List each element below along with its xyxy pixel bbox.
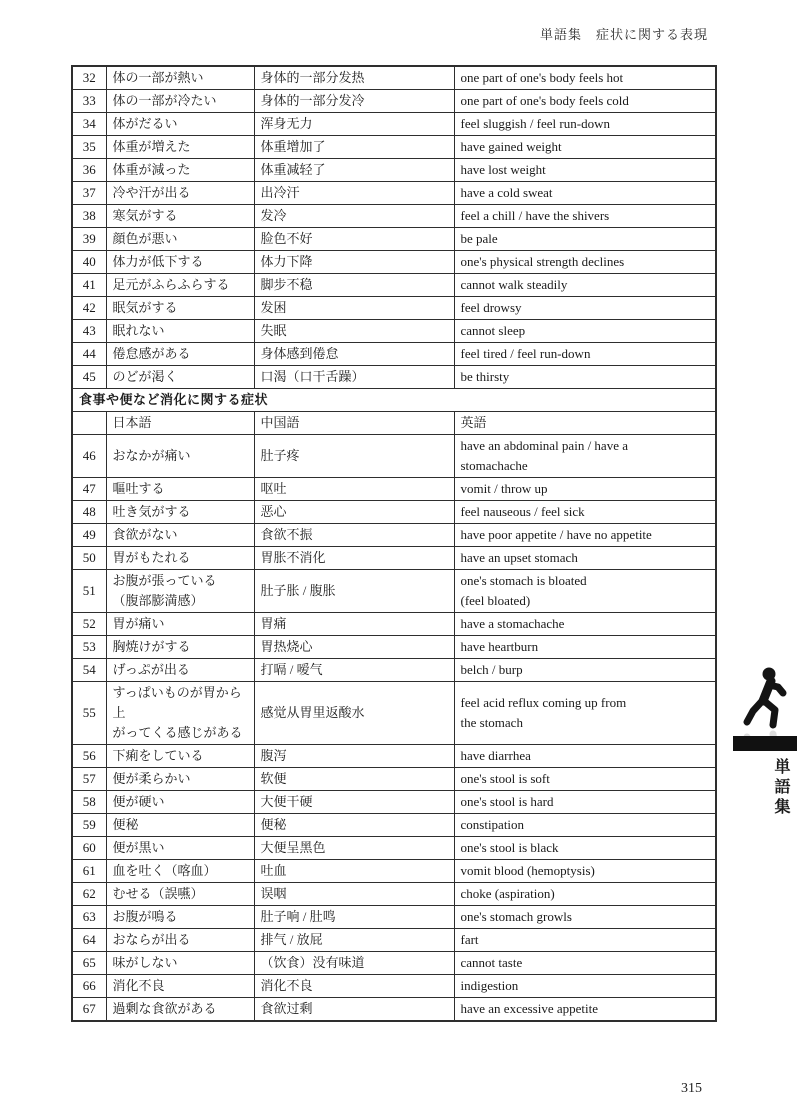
column-header-row: 日本語 中国語 英語 [72, 412, 716, 435]
cell-en: one's stool is black [454, 837, 716, 860]
cell-zh: 食欲过剩 [254, 998, 454, 1022]
cell-zh: 浑身无力 [254, 113, 454, 136]
table-row: 54げっぷが出る打嗝 / 嗳气belch / burp [72, 659, 716, 682]
cell-en: one's stool is hard [454, 791, 716, 814]
cell-num: 45 [72, 366, 106, 389]
cell-ja: お腹が張っている （腹部膨満感） [106, 570, 254, 613]
table-row: 50胃がもたれる胃胀不消化have an upset stomach [72, 547, 716, 570]
cell-num: 36 [72, 159, 106, 182]
cell-zh: 恶心 [254, 501, 454, 524]
table-row: 41足元がふらふらする脚步不稳cannot walk steadily [72, 274, 716, 297]
table-section-2: 46おなかが痛い肚子疼have an abdominal pain / have… [72, 435, 716, 1022]
column-header-blank [72, 412, 106, 435]
cell-num: 66 [72, 975, 106, 998]
cell-zh: 发困 [254, 297, 454, 320]
table-row: 53胸焼けがする胃热烧心have heartburn [72, 636, 716, 659]
table-row: 43眠れない失眠cannot sleep [72, 320, 716, 343]
cell-ja: 消化不良 [106, 975, 254, 998]
cell-ja: すっぱいものが胃から上 がってくる感じがある [106, 682, 254, 745]
cell-num: 49 [72, 524, 106, 547]
cell-num: 53 [72, 636, 106, 659]
cell-en: have heartburn [454, 636, 716, 659]
cell-en: one's stool is soft [454, 768, 716, 791]
cell-num: 55 [72, 682, 106, 745]
cell-en: feel acid reflux coming up from the stom… [454, 682, 716, 745]
column-header-japanese: 日本語 [106, 412, 254, 435]
page-number: 315 [681, 1081, 702, 1097]
table-row: 57便が柔らかい软便one's stool is soft [72, 768, 716, 791]
section-title: 食事や便など消化に関する症状 [72, 389, 716, 412]
cell-ja: おなかが痛い [106, 435, 254, 478]
cell-ja: 眠気がする [106, 297, 254, 320]
cell-num: 38 [72, 205, 106, 228]
cell-num: 48 [72, 501, 106, 524]
table-section-1: 32体の一部が熱い身体的一部分发热one part of one's body … [72, 66, 716, 389]
cell-num: 34 [72, 113, 106, 136]
cell-en: have an excessive appetite [454, 998, 716, 1022]
cell-ja: のどが渇く [106, 366, 254, 389]
cell-ja: 胸焼けがする [106, 636, 254, 659]
table-row: 49食欲がない食欲不振have poor appetite / have no … [72, 524, 716, 547]
cell-num: 40 [72, 251, 106, 274]
tab-bar [733, 736, 797, 751]
cell-en: vomit / throw up [454, 478, 716, 501]
cell-num: 63 [72, 906, 106, 929]
table-row: 46おなかが痛い肚子疼have an abdominal pain / have… [72, 435, 716, 478]
cell-zh: 大便干硬 [254, 791, 454, 814]
cell-en: be pale [454, 228, 716, 251]
table-row: 42眠気がする发困feel drowsy [72, 297, 716, 320]
cell-ja: 寒気がする [106, 205, 254, 228]
cell-zh: 脚步不稳 [254, 274, 454, 297]
cell-zh: 软便 [254, 768, 454, 791]
cell-num: 60 [72, 837, 106, 860]
cell-en: choke (aspiration) [454, 883, 716, 906]
cell-en: have lost weight [454, 159, 716, 182]
cell-num: 41 [72, 274, 106, 297]
cell-en: fart [454, 929, 716, 952]
cell-zh: 便秘 [254, 814, 454, 837]
cell-en: have an abdominal pain / have a stomacha… [454, 435, 716, 478]
cell-zh: 胃热烧心 [254, 636, 454, 659]
cell-num: 54 [72, 659, 106, 682]
cell-ja: 便が黒い [106, 837, 254, 860]
cell-ja: 足元がふらふらする [106, 274, 254, 297]
cell-zh: 吐血 [254, 860, 454, 883]
cell-zh: 口渴（口干舌躁） [254, 366, 454, 389]
cell-ja: 過剰な食欲がある [106, 998, 254, 1022]
cell-en: cannot walk steadily [454, 274, 716, 297]
table-row: 52胃が痛い胃痛have a stomachache [72, 613, 716, 636]
cell-en: feel nauseous / feel sick [454, 501, 716, 524]
cell-num: 46 [72, 435, 106, 478]
table-row: 36体重が減った体重减轻了have lost weight [72, 159, 716, 182]
cell-num: 52 [72, 613, 106, 636]
chapter-side-tab: 単語集 [733, 666, 800, 826]
cell-num: 67 [72, 998, 106, 1022]
table-section-2-header: 食事や便など消化に関する症状 日本語 中国語 英語 [72, 389, 716, 435]
cell-num: 42 [72, 297, 106, 320]
cell-zh: 腹泻 [254, 745, 454, 768]
cell-ja: 倦怠感がある [106, 343, 254, 366]
cell-num: 32 [72, 66, 106, 90]
cell-num: 58 [72, 791, 106, 814]
table-row: 60便が黒い大便呈黑色one's stool is black [72, 837, 716, 860]
cell-en: feel sluggish / feel run-down [454, 113, 716, 136]
table-row: 37冷や汗が出る出冷汗have a cold sweat [72, 182, 716, 205]
cell-en: constipation [454, 814, 716, 837]
table-row: 47嘔吐する呕吐vomit / throw up [72, 478, 716, 501]
cell-en: have gained weight [454, 136, 716, 159]
cell-ja: むせる（誤嚥） [106, 883, 254, 906]
cell-zh: 感觉从胃里返酸水 [254, 682, 454, 745]
table-row: 62むせる（誤嚥）误咽choke (aspiration) [72, 883, 716, 906]
table-row: 56下痢をしている腹泻have diarrhea [72, 745, 716, 768]
cell-zh: 消化不良 [254, 975, 454, 998]
table-row: 33体の一部が冷たい身体的一部分发冷one part of one's body… [72, 90, 716, 113]
cell-en: have poor appetite / have no appetite [454, 524, 716, 547]
table-row: 44倦怠感がある身体感到倦怠feel tired / feel run-down [72, 343, 716, 366]
cell-en: one's physical strength declines [454, 251, 716, 274]
table-row: 35体重が増えた体重增加了have gained weight [72, 136, 716, 159]
cell-ja: 便が柔らかい [106, 768, 254, 791]
cell-en: have an upset stomach [454, 547, 716, 570]
table-row: 38寒気がする发冷feel a chill / have the shivers [72, 205, 716, 228]
cell-ja: 吐き気がする [106, 501, 254, 524]
running-person-icon [742, 666, 790, 730]
cell-en: one part of one's body feels hot [454, 66, 716, 90]
cell-ja: 体の一部が冷たい [106, 90, 254, 113]
cell-zh: 肚子响 / 肚鸣 [254, 906, 454, 929]
cell-zh: 胃痛 [254, 613, 454, 636]
table-row: 59便秘便秘constipation [72, 814, 716, 837]
cell-zh: 肚子胀 / 腹胀 [254, 570, 454, 613]
cell-num: 56 [72, 745, 106, 768]
tab-label: 単語集 [769, 758, 792, 818]
cell-en: cannot sleep [454, 320, 716, 343]
cell-zh: 脸色不好 [254, 228, 454, 251]
table-row: 34体がだるい浑身无力feel sluggish / feel run-down [72, 113, 716, 136]
cell-zh: 大便呈黑色 [254, 837, 454, 860]
cell-zh: 排气 / 放屁 [254, 929, 454, 952]
cell-ja: おならが出る [106, 929, 254, 952]
cell-zh: （饮食）没有味道 [254, 952, 454, 975]
cell-ja: 体の一部が熱い [106, 66, 254, 90]
cell-ja: 眠れない [106, 320, 254, 343]
cell-zh: 食欲不振 [254, 524, 454, 547]
cell-ja: 体重が増えた [106, 136, 254, 159]
cell-ja: 便秘 [106, 814, 254, 837]
cell-en: feel a chill / have the shivers [454, 205, 716, 228]
cell-zh: 打嗝 / 嗳气 [254, 659, 454, 682]
table-row: 64おならが出る排气 / 放屁fart [72, 929, 716, 952]
table-row: 40体力が低下する体力下降one's physical strength dec… [72, 251, 716, 274]
cell-zh: 失眠 [254, 320, 454, 343]
cell-en: one's stomach is bloated (feel bloated) [454, 570, 716, 613]
table-row: 61血を吐く（喀血）吐血vomit blood (hemoptysis) [72, 860, 716, 883]
cell-ja: 食欲がない [106, 524, 254, 547]
column-header-english: 英語 [454, 412, 716, 435]
cell-zh: 发冷 [254, 205, 454, 228]
cell-num: 47 [72, 478, 106, 501]
cell-zh: 体力下降 [254, 251, 454, 274]
cell-ja: 体力が低下する [106, 251, 254, 274]
cell-ja: 便が硬い [106, 791, 254, 814]
cell-ja: 体がだるい [106, 113, 254, 136]
cell-ja: 胃がもたれる [106, 547, 254, 570]
cell-ja: 体重が減った [106, 159, 254, 182]
table-row: 58便が硬い大便干硬one's stool is hard [72, 791, 716, 814]
cell-zh: 误咽 [254, 883, 454, 906]
table-row: 65味がしない（饮食）没有味道cannot taste [72, 952, 716, 975]
cell-zh: 身体的一部分发热 [254, 66, 454, 90]
cell-num: 61 [72, 860, 106, 883]
page-header: 単語集 症状に関する表現 [540, 24, 708, 43]
cell-num: 51 [72, 570, 106, 613]
cell-en: have a stomachache [454, 613, 716, 636]
cell-en: one part of one's body feels cold [454, 90, 716, 113]
section-title-row: 食事や便など消化に関する症状 [72, 389, 716, 412]
cell-zh: 身体的一部分发冷 [254, 90, 454, 113]
cell-num: 59 [72, 814, 106, 837]
table-row: 48吐き気がする恶心feel nauseous / feel sick [72, 501, 716, 524]
cell-en: feel drowsy [454, 297, 716, 320]
cell-ja: 下痢をしている [106, 745, 254, 768]
cell-zh: 体重增加了 [254, 136, 454, 159]
cell-en: be thirsty [454, 366, 716, 389]
cell-en: have diarrhea [454, 745, 716, 768]
cell-num: 64 [72, 929, 106, 952]
cell-zh: 身体感到倦怠 [254, 343, 454, 366]
table-row: 45のどが渇く口渴（口干舌躁）be thirsty [72, 366, 716, 389]
cell-num: 43 [72, 320, 106, 343]
cell-ja: 冷や汗が出る [106, 182, 254, 205]
cell-en: cannot taste [454, 952, 716, 975]
page: 単語集 症状に関する表現 32体の一部が熱い身体的一部分发热one part o… [0, 0, 800, 1119]
table-row: 67過剰な食欲がある食欲过剩have an excessive appetite [72, 998, 716, 1022]
vocab-table: 32体の一部が熱い身体的一部分发热one part of one's body … [71, 65, 717, 1022]
cell-num: 65 [72, 952, 106, 975]
cell-num: 33 [72, 90, 106, 113]
cell-zh: 肚子疼 [254, 435, 454, 478]
cell-zh: 呕吐 [254, 478, 454, 501]
cell-en: indigestion [454, 975, 716, 998]
table-row: 66消化不良消化不良indigestion [72, 975, 716, 998]
cell-num: 37 [72, 182, 106, 205]
cell-en: belch / burp [454, 659, 716, 682]
cell-ja: お腹が鳴る [106, 906, 254, 929]
table-row: 55すっぱいものが胃から上 がってくる感じがある感觉从胃里返酸水feel aci… [72, 682, 716, 745]
cell-en: have a cold sweat [454, 182, 716, 205]
cell-num: 44 [72, 343, 106, 366]
cell-num: 57 [72, 768, 106, 791]
table-row: 51お腹が張っている （腹部膨満感）肚子胀 / 腹胀one's stomach … [72, 570, 716, 613]
cell-num: 35 [72, 136, 106, 159]
cell-ja: 胃が痛い [106, 613, 254, 636]
cell-ja: 味がしない [106, 952, 254, 975]
cell-num: 39 [72, 228, 106, 251]
table-row: 39顔色が悪い脸色不好be pale [72, 228, 716, 251]
cell-en: vomit blood (hemoptysis) [454, 860, 716, 883]
cell-zh: 体重减轻了 [254, 159, 454, 182]
table-row: 63お腹が鳴る肚子响 / 肚鸣one's stomach growls [72, 906, 716, 929]
cell-ja: 顔色が悪い [106, 228, 254, 251]
cell-num: 50 [72, 547, 106, 570]
cell-zh: 胃胀不消化 [254, 547, 454, 570]
table-row: 32体の一部が熱い身体的一部分发热one part of one's body … [72, 66, 716, 90]
cell-zh: 出冷汗 [254, 182, 454, 205]
cell-en: one's stomach growls [454, 906, 716, 929]
cell-en: feel tired / feel run-down [454, 343, 716, 366]
column-header-chinese: 中国語 [254, 412, 454, 435]
cell-ja: 血を吐く（喀血） [106, 860, 254, 883]
cell-num: 62 [72, 883, 106, 906]
cell-ja: げっぷが出る [106, 659, 254, 682]
cell-ja: 嘔吐する [106, 478, 254, 501]
